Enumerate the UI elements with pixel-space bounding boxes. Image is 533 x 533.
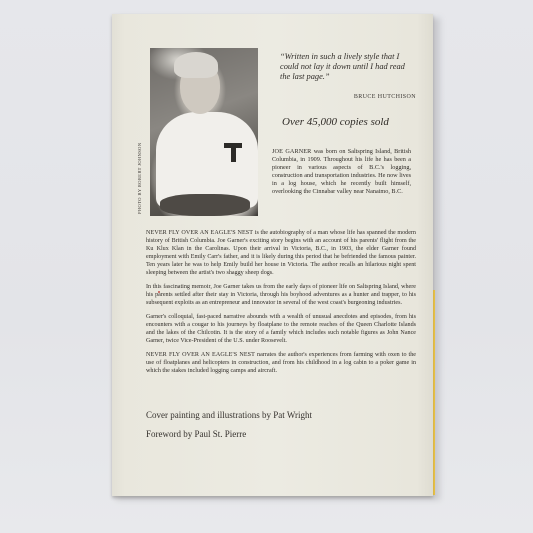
foreword-credit: Foreword by Paul St. Pierre [146,429,416,439]
author-bio-text: was born on Saltspring Island, British C… [272,148,411,195]
description-paragraph: NEVER FLY OVER AN EAGLE'S NEST narrates … [146,352,416,376]
photo-credit: PHOTO BY ROBERT JOHNSON [137,143,142,214]
cover-credit: Cover painting and illustrations by Pat … [146,410,416,420]
description-paragraph: NEVER FLY OVER AN EAGLE'S NEST is the au… [146,230,416,277]
author-name: JOE GARNER [272,148,311,155]
description: NEVER FLY OVER AN EAGLE'S NEST is the au… [146,230,416,383]
quote-author: BRUCE HUTCHISON [298,94,416,100]
description-paragraph: Garner's colloquial, fast-paced narrativ… [146,314,416,346]
review-quote: “Written in such a lively style that I c… [280,52,416,83]
author-bio: JOE GARNER was born on Saltspring Island… [272,148,411,196]
author-photo [150,48,258,216]
credits: Cover painting and illustrations by Pat … [146,410,416,448]
ink-mark [158,291,160,293]
sales-line: Over 45,000 copies sold [282,116,389,128]
book-back-cover: PHOTO BY ROBERT JOHNSON “Written in such… [112,14,433,496]
description-paragraph: In this fascinating memoir, Joe Garner t… [146,284,416,308]
